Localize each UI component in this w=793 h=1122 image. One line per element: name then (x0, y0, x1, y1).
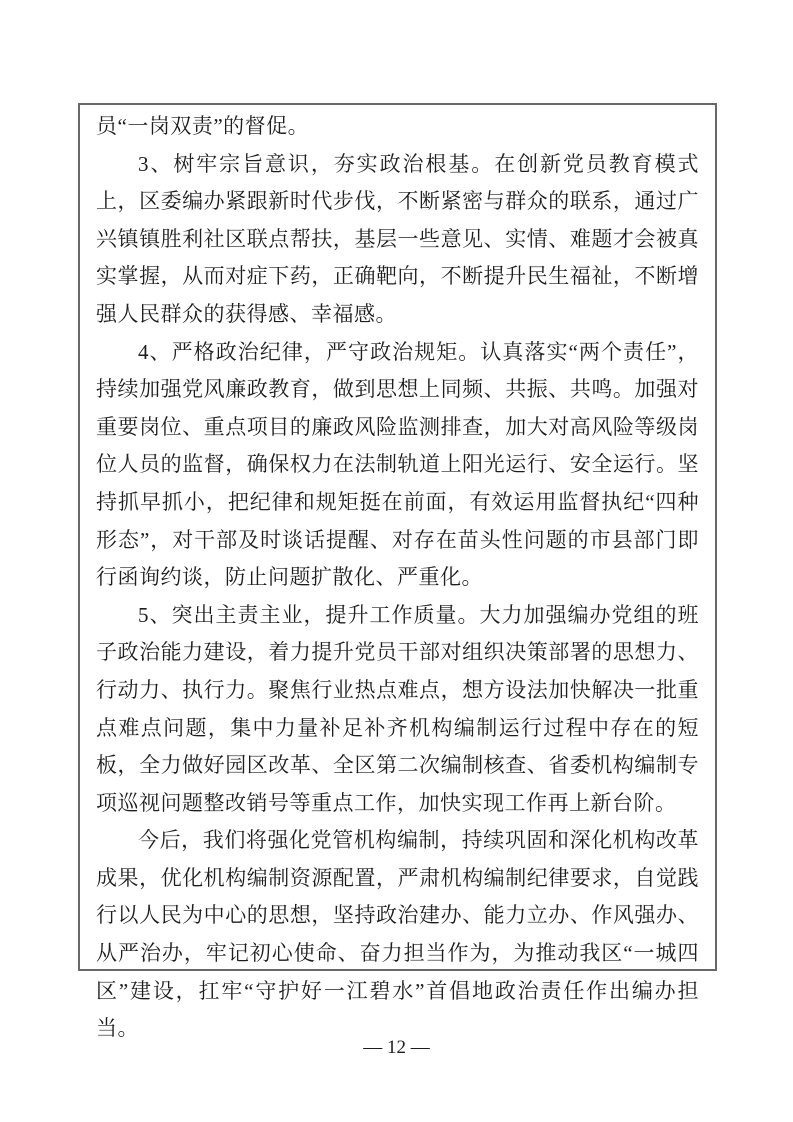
document-page: 员“一岗双责”的督促。3、树牢宗旨意识，夯实政治根基。在创新党员教育模式上，区委… (0, 0, 793, 1122)
paragraph: 5、突出主责主业，提升工作质量。大力加强编办党组的班子政治能力建设，着力提升党员… (96, 597, 699, 823)
document-body: 员“一岗双责”的督促。3、树牢宗旨意识，夯实政治根基。在创新党员教育模式上，区委… (80, 105, 715, 1048)
document-frame: 员“一岗双责”的督促。3、树牢宗旨意识，夯实政治根基。在创新党员教育模式上，区委… (78, 103, 717, 971)
paragraph: 员“一岗双责”的督促。 (96, 108, 699, 146)
page-footer: — 12 — (0, 1036, 793, 1060)
page-number: — 12 — (363, 1036, 430, 1060)
paragraph: 今后，我们将强化党管机构编制，持续巩固和深化机构改革成果，优化机构编制资源配置，… (96, 822, 699, 1048)
paragraph: 4、严格政治纪律，严守政治规矩。认真落实“两个责任”，持续加强党风廉政教育，做到… (96, 334, 699, 597)
paragraph: 3、树牢宗旨意识，夯实政治根基。在创新党员教育模式上，区委编办紧跟新时代步伐，不… (96, 146, 699, 334)
